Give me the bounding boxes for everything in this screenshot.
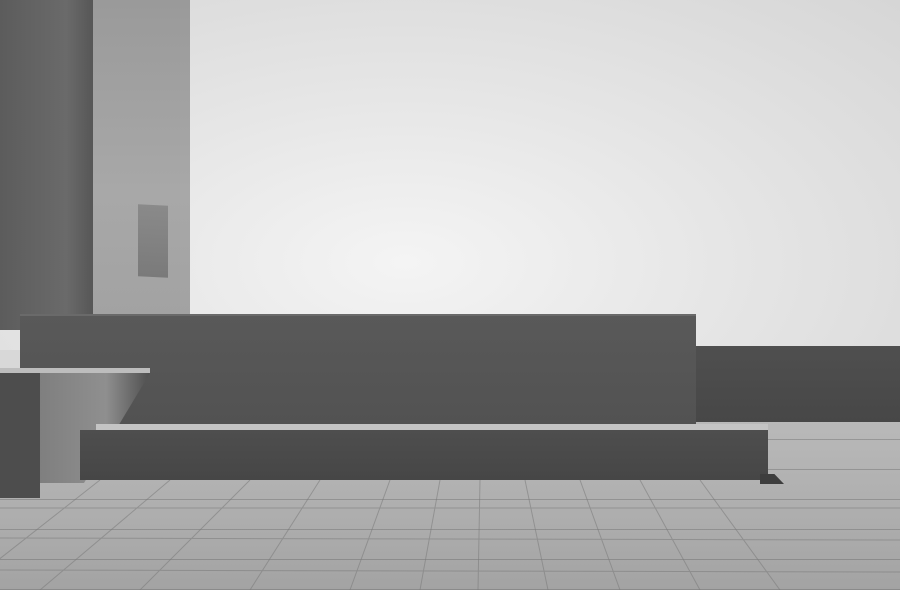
left-tower-shadow-face: [0, 0, 95, 330]
lower-step-face: [80, 430, 768, 480]
left-stub-block-face: [0, 373, 40, 498]
wall-plaque: [138, 204, 168, 278]
floor-tile-grid: [0, 480, 900, 590]
lower-step-top-edge: [96, 424, 768, 430]
floor-tile-lines: [0, 480, 900, 590]
architecture-photo: [0, 0, 900, 590]
left-stub-block-top: [0, 368, 150, 373]
far-low-wall: [696, 346, 900, 422]
